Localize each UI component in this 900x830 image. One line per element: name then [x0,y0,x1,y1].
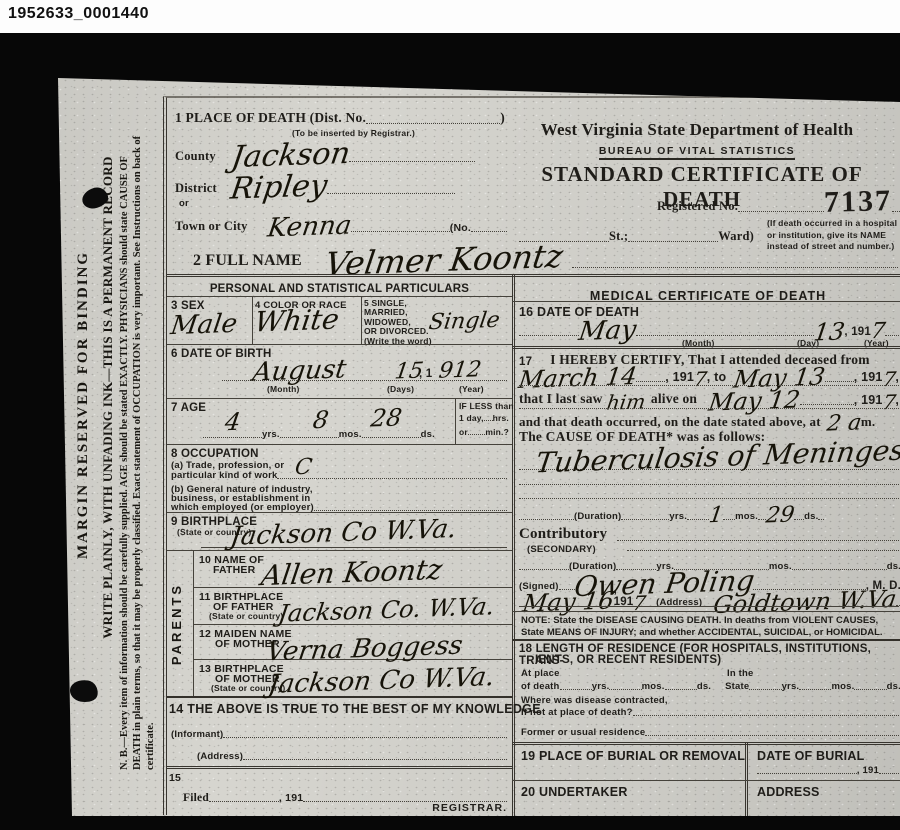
dots [349,159,475,162]
occupation-a-value: C [294,458,314,478]
certificate-form: 1 PLACE OF DEATH (Dist. No. ) (To be ins… [163,96,900,815]
rule [512,780,900,781]
bureau-line: BUREAU OF VITAL STATISTICS [512,141,882,159]
age-hrs-row: 1 day, hrs. [459,412,509,423]
dod-month-value: May [577,319,637,343]
rule [519,606,899,607]
dots [243,757,507,760]
age-years-value: 4 [223,412,241,434]
age-months-unit: mos. [339,429,362,440]
certificate-paper: MARGIN RESERVED FOR BINDING WRITE PLAINL… [52,70,900,816]
age-if-less-label: IF LESS than [459,401,514,411]
rule [512,346,900,349]
rule [519,385,899,386]
dots [519,333,579,336]
dots [484,418,493,421]
rule [627,550,899,551]
dots [892,209,900,212]
dob-year-written: 912 [437,360,482,381]
rule [512,639,900,641]
burial-date-label: DATE OF BURIAL [757,749,864,763]
personal-heading: PERSONAL AND STATISTICAL PARTICULARS [167,283,512,295]
dots [885,333,899,336]
dots [800,402,854,405]
duration1-months-value: 1 [708,507,725,526]
dots [799,687,831,690]
margin-nb-text: N. B.—Every item of information should b… [118,130,160,770]
contributory-label: Contributory [519,526,607,543]
town-value: Kenna [266,214,353,239]
dod-year-printed: , 191 [844,326,871,338]
place-of-death-label: 1 PLACE OF DEATH (Dist. No. [175,110,366,126]
dots [609,687,641,690]
dots [617,538,899,541]
dots [621,517,669,520]
dots [749,687,781,690]
parents-side-label: PARENTS [169,550,189,698]
duration1-label: (Duration) [574,511,621,522]
dots [362,435,421,438]
burial-label: 19 PLACE OF BURIAL OR REMOVAL [521,749,745,763]
margin-binding-text: MARGIN RESERVED FOR BINDING [75,170,97,640]
registered-no-row: Registered No. 7137 [657,186,900,214]
town-row: Town or City Kenna (No. [175,212,507,234]
dots [825,379,854,382]
informant-label: (Informant) [171,729,223,740]
signed-year-written: 7 [632,595,647,612]
dob-month-value: August [251,358,348,385]
undertaker-address-label: ADDRESS [757,785,820,799]
rule [512,274,515,817]
town-label: Town or City [175,219,248,234]
rule [519,498,899,499]
rule [167,398,512,399]
sex-value: Male [169,313,238,339]
dots [757,771,857,774]
place-close-paren: ) [500,110,505,126]
saw-mid: alive on [651,391,697,407]
rule [167,274,900,277]
dots [223,735,507,738]
age-days-unit: ds. [421,429,435,440]
dob-day-note: (Days) [387,384,414,394]
age-days-value: 28 [369,407,403,430]
dob-year-note: (Year) [459,384,484,394]
margin-plainly-text: WRITE PLAINLY, WITH UNFADING INK—THIS IS… [100,95,118,700]
dots [314,508,507,511]
death-occurred-row: and that death occurred, on the date sta… [519,411,899,430]
rule [167,766,512,769]
dots [687,517,709,520]
dots [209,799,279,802]
dots [572,265,898,268]
father-bp-value: Jackson Co. W.Va. [277,596,496,625]
filed-year: , 191 [279,792,303,804]
dots [665,687,697,690]
to-label: , to [707,370,727,384]
dots [818,517,824,520]
rule [167,344,512,345]
father-label-2: FATHER [213,564,255,576]
street-label: St.; [609,229,628,244]
dod-row: May 13 , 191 7 [519,320,899,338]
father-bp-note: (State or country) [209,611,283,621]
informant-row: (Informant) [171,728,507,740]
saw-pre: that I last saw [519,391,603,407]
age-label: 7 AGE [171,402,206,414]
state-label: State [725,681,749,692]
residence-duration-row: of death yrs. mos. ds. State yrs. mos. d… [521,680,900,692]
dots [636,379,665,382]
dots [633,713,899,716]
former-residence-row: Former or usual residence [521,726,899,738]
dots [277,476,507,479]
dots [519,567,569,570]
bureau-title: BUREAU OF VITAL STATISTICS [599,145,795,160]
dots [879,771,899,774]
dots [738,209,824,212]
dots [723,517,735,520]
dots [628,239,718,242]
district-or-label: or [179,198,189,209]
informant-address-row: (Address) [197,750,507,762]
age-years-unit: yrs. [262,429,280,440]
district-row: District Ripley [175,174,455,196]
county-label: County [175,149,216,164]
county-row: County Jackson [175,142,475,164]
signed-year-printed: , 191 [614,584,634,608]
duration1-row: (Duration) yrs. 1 mos. 29 ds. [519,506,900,522]
rule [193,550,194,696]
ink-blot [68,678,99,705]
rule [512,742,900,745]
father-name-value: Allen Koontz [260,557,444,588]
contributory-note: (SECONDARY) [527,544,596,555]
filed-label: Filed [183,792,209,804]
district-label: District [175,181,217,196]
marital-value: Single [427,311,501,333]
street-no-label: (No. [450,222,471,234]
at-place-label: At place [521,668,560,679]
rule [167,512,512,513]
rule [361,296,362,344]
occurred-text: and that death occurred, on the date sta… [519,414,821,430]
dots [280,435,339,438]
dots [854,687,886,690]
rule [167,550,512,551]
last-saw-value: May 12 [707,389,801,413]
occupation-a2-row: particular kind of work [171,470,507,481]
attended-from-value: March 14 [517,366,638,390]
marital-label: 5 SINGLE, MARRIED, WIDOWED, OR DIVORCED.… [364,299,432,346]
contributory-row: Contributory [519,526,899,543]
burial-year: , 191 [857,765,879,776]
mother-name-value: Verna Boggess [265,635,464,665]
dots [468,432,485,435]
duration1-days-value: 29 [765,507,796,527]
registered-no-value: 7137 [824,184,893,220]
undertaker-label: 20 UNDERTAKER [521,785,628,799]
in-the-label: In the [727,668,754,679]
occupation-a2: particular kind of work [171,470,277,481]
rule [167,296,512,297]
place-of-death-row: 1 PLACE OF DEATH (Dist. No. ) [175,110,505,126]
truth-statement: 14 THE ABOVE IS TRUE TO THE BEST OF MY K… [169,702,541,716]
dots [471,229,507,232]
birthplace-value: Jackson Co W.Va. [229,518,458,549]
burial-date-row: , 191 [757,764,899,776]
occupation-label: 8 OCCUPATION [171,448,259,460]
former-residence-label: Former or usual residence [521,727,645,738]
scan-id-label: 1952633_0001440 [8,5,149,23]
rule [455,398,456,444]
registered-no-label: Registered No. [657,199,738,214]
filed-num: 15 [169,772,181,784]
rule [512,611,900,612]
rule [519,408,899,409]
dots [519,517,574,520]
department-title: West Virginia State Department of Health [512,120,882,140]
full-name-value: Velmer Koontz [323,243,564,278]
dots [351,229,450,232]
dots [327,191,455,194]
informant-address-label: (Address) [197,751,243,762]
race-value: White [253,307,341,335]
dots [645,733,899,736]
age-months-value: 8 [311,410,329,432]
last-saw-row: that I last saw him alive on May 12 , 19… [519,389,899,407]
county-value: Jackson [230,140,352,170]
rule [167,444,512,445]
of-death-label: of death [521,681,560,692]
disease-note: NOTE: State the DISEASE CAUSING DEATH. I… [521,615,900,638]
dots [792,567,887,570]
full-name-row: 2 FULL NAME Velmer Koontz [193,244,898,270]
where-contracted-row: If not at place of death? [521,706,899,718]
dots [560,687,592,690]
registrar-label: REGISTRAR. [397,802,507,814]
dots [366,121,500,124]
rule [512,301,900,302]
dob-day-value: 15 [394,362,425,383]
where-contracted-label-2: If not at place of death? [521,707,633,718]
where-contracted-label-1: Where was disease contracted, [521,695,668,706]
death-hour-value: 2 a [825,414,862,434]
mother-bp-value: Jackson Co W.Va. [267,666,496,697]
rule [519,484,899,485]
certify-dates-row: March 14 , 191 7 , to May 13 , 191 7 , [519,366,899,384]
age-min-row: or min.? [459,426,509,437]
scanned-death-certificate: 1952633_0001440 MARGIN RESERVED FOR BIND… [0,0,900,830]
death-hour-suffix: m. [861,414,875,430]
district-value: Ripley [229,173,329,202]
full-name-label: 2 FULL NAME [193,252,302,270]
ward-label: Ward) [718,229,754,244]
dots [636,333,814,336]
dots [794,517,804,520]
residence-heading-2: IENTS, OR RECENT RESIDENTS) [535,654,721,666]
